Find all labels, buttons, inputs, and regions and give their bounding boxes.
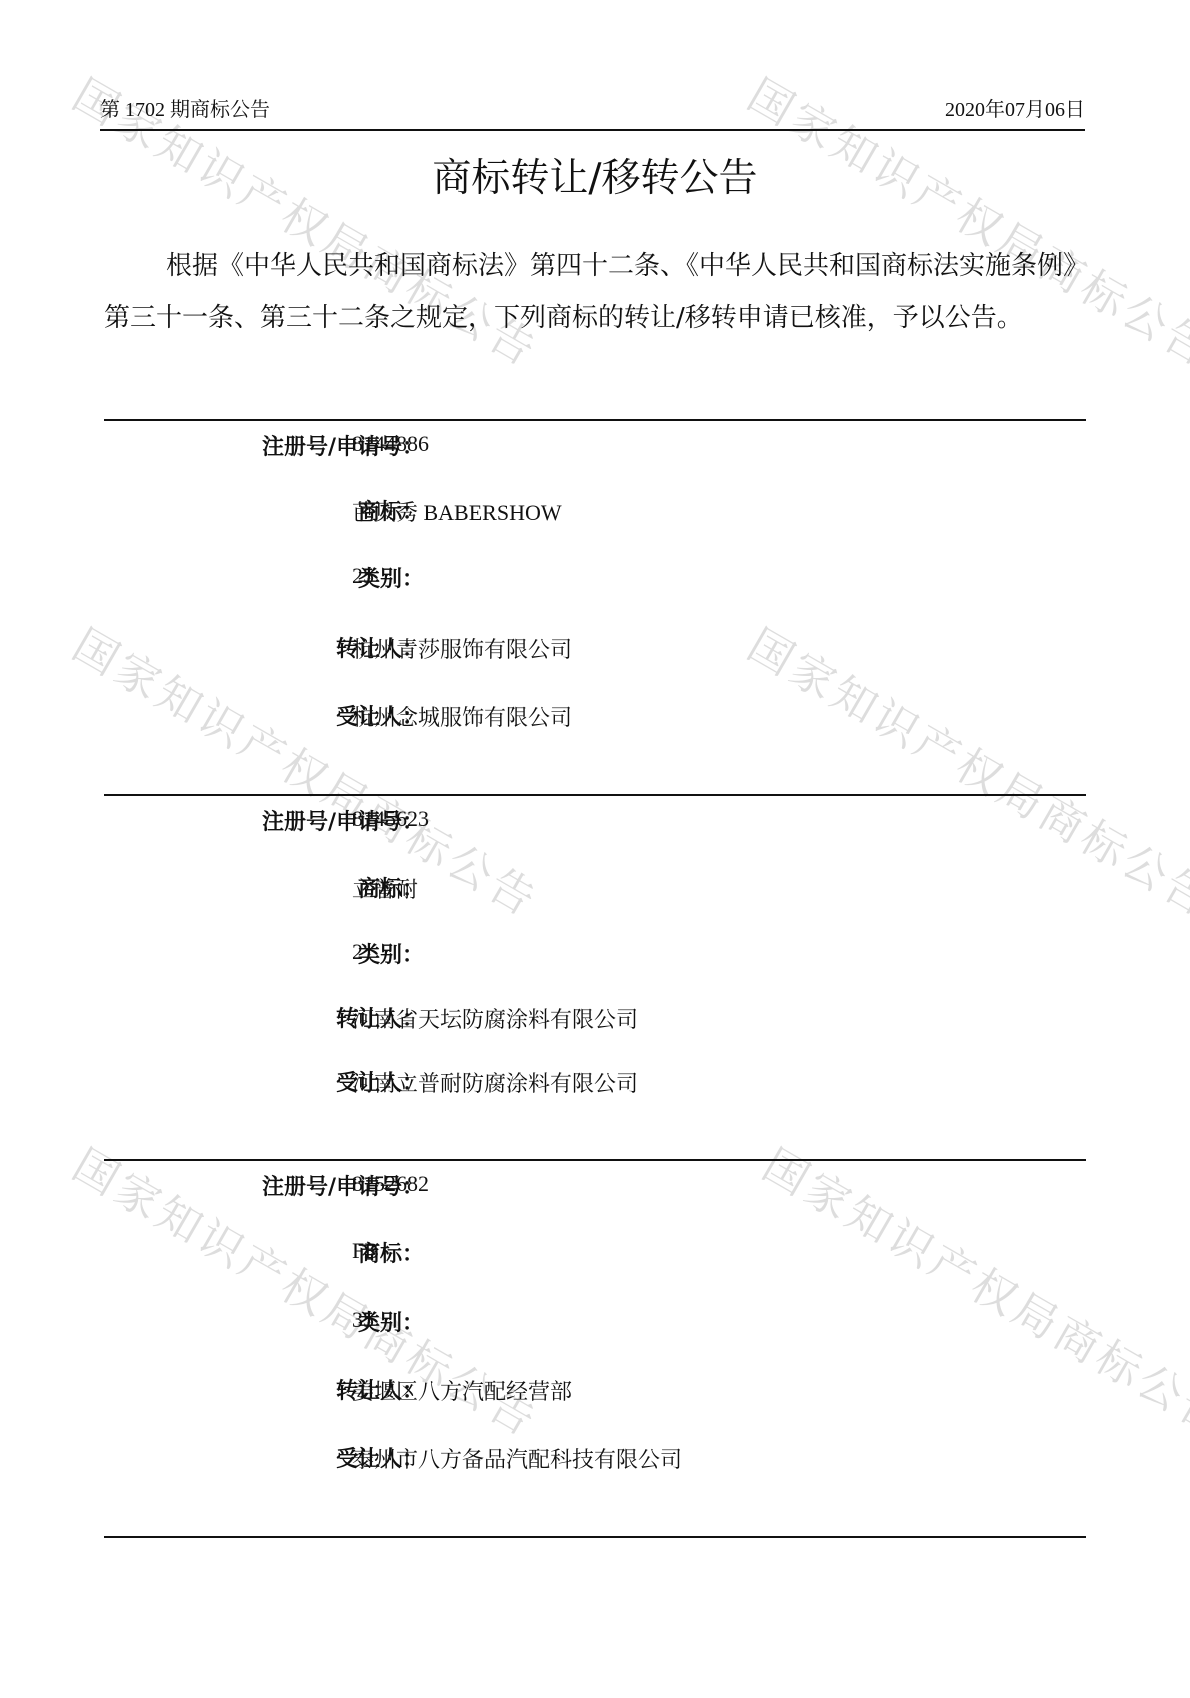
- record-2-assignor: 转让人： 河南省天坛防腐涂料有限公司: [104, 1002, 1084, 1036]
- record-3-assignee: 受让人： 泰州市八方备品汽配科技有限公司: [104, 1442, 1084, 1476]
- divider: [104, 794, 1086, 796]
- record-1-reg-no: 注册号/申请号： 8144886: [104, 430, 1084, 464]
- mark-value: FB: [352, 1238, 379, 1264]
- assignee-value: 杭州念城服饰有限公司: [352, 701, 572, 732]
- mark-value: 芭贝秀 BABERSHOW: [352, 496, 562, 527]
- publication-date: 2020年07月06日: [945, 93, 1085, 122]
- reg-no-value: 8152682: [352, 1171, 429, 1197]
- record-3-assignor: 转让人： 姜堰区八方汽配经营部: [104, 1374, 1084, 1408]
- class-value: 25: [352, 563, 374, 589]
- record-3-class: 类别： 35: [104, 1306, 1084, 1340]
- class-label: 类别：: [358, 938, 424, 969]
- record-1-assignor: 转让人： 杭州青莎服饰有限公司: [104, 632, 1084, 666]
- divider: [104, 1536, 1086, 1538]
- assignor-value: 河南省天坛防腐涂料有限公司: [352, 1003, 638, 1034]
- page-header: 第 1702 期商标公告 2020年07月06日: [100, 93, 1085, 131]
- assignor-value: 杭州青莎服饰有限公司: [352, 633, 572, 664]
- record-1-assignee: 受让人： 杭州念城服饰有限公司: [104, 700, 1084, 734]
- divider: [104, 419, 1086, 421]
- record-3-mark: 商标： FB: [104, 1237, 1084, 1271]
- page-title: 商标转让/移转公告: [0, 147, 1190, 203]
- class-value: 2: [352, 939, 363, 965]
- reg-no-value: 8145623: [352, 806, 429, 832]
- record-1-mark: 商标： 芭贝秀 BABERSHOW: [104, 495, 1084, 529]
- record-2-assignee: 受让人： 河南立普耐防腐涂料有限公司: [104, 1066, 1084, 1100]
- assignor-value: 姜堰区八方汽配经营部: [352, 1375, 572, 1406]
- issue-number: 第 1702 期商标公告: [100, 93, 270, 122]
- intro-paragraph: 根据《中华人民共和国商标法》第四十二条、《中华人民共和国商标法实施条例》第三十一…: [104, 240, 1084, 344]
- divider: [104, 1159, 1086, 1161]
- mark-value: 立普耐: [352, 873, 418, 904]
- assignee-value: 泰州市八方备品汽配科技有限公司: [352, 1443, 682, 1474]
- record-2-class: 类别： 2: [104, 938, 1084, 972]
- record-2-reg-no: 注册号/申请号： 8145623: [104, 805, 1084, 839]
- class-value: 35: [352, 1307, 374, 1333]
- record-1-class: 类别： 25: [104, 562, 1084, 596]
- record-3-reg-no: 注册号/申请号： 8152682: [104, 1170, 1084, 1204]
- reg-no-value: 8144886: [352, 431, 429, 457]
- record-2-mark: 商标： 立普耐: [104, 872, 1084, 906]
- assignee-value: 河南立普耐防腐涂料有限公司: [352, 1067, 638, 1098]
